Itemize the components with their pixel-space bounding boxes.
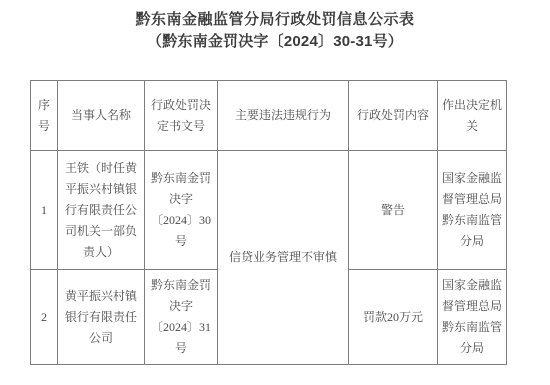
table-header-row: 序号 当事人名称 行政处罚决定书文号 主要违法违规行为 行政处罚内容 作出决定机… xyxy=(31,81,507,151)
cell-doc-no-1: 黔东南金罚决字〔2024〕30号 xyxy=(145,151,218,270)
cell-authority-2: 国家金融监督管理总局黔东南监管分局 xyxy=(438,270,507,365)
cell-party-2: 黄平振兴村镇银行有限责任公司 xyxy=(58,270,145,365)
cell-penalty-2: 罚款20万元 xyxy=(349,270,438,365)
cell-party-1: 王铁（时任黄平振兴村镇银行有限责任公司机关一部负责人） xyxy=(58,151,145,270)
col-header-party: 当事人名称 xyxy=(58,81,145,151)
col-header-doc-no: 行政处罚决定书文号 xyxy=(145,81,218,151)
page-title: 黔东南金融监管分局行政处罚信息公示表 xyxy=(0,9,550,31)
document-header: 黔东南金融监管分局行政处罚信息公示表 （黔东南金罚决字〔2024〕30-31号） xyxy=(0,0,550,53)
table-row: 1 王铁（时任黄平振兴村镇银行有限责任公司机关一部负责人） 黔东南金罚决字〔20… xyxy=(31,151,507,270)
cell-penalty-1: 警告 xyxy=(349,151,438,270)
col-header-penalty: 行政处罚内容 xyxy=(349,81,438,151)
penalty-table: 序号 当事人名称 行政处罚决定书文号 主要违法违规行为 行政处罚内容 作出决定机… xyxy=(30,80,507,365)
col-header-authority: 作出决定机关 xyxy=(438,81,507,151)
col-header-violation: 主要违法违规行为 xyxy=(218,81,349,151)
cell-authority-1: 国家金融监督管理总局黔东南监管分局 xyxy=(438,151,507,270)
col-header-seq: 序号 xyxy=(31,81,58,151)
cell-seq-2: 2 xyxy=(31,270,58,365)
cell-doc-no-2: 黔东南金罚决字〔2024〕31号 xyxy=(145,270,218,365)
cell-violation-merged: 信贷业务管理不审慎 xyxy=(218,151,349,365)
cell-seq-1: 1 xyxy=(31,151,58,270)
page-subtitle: （黔东南金罚决字〔2024〕30-31号） xyxy=(0,31,550,53)
